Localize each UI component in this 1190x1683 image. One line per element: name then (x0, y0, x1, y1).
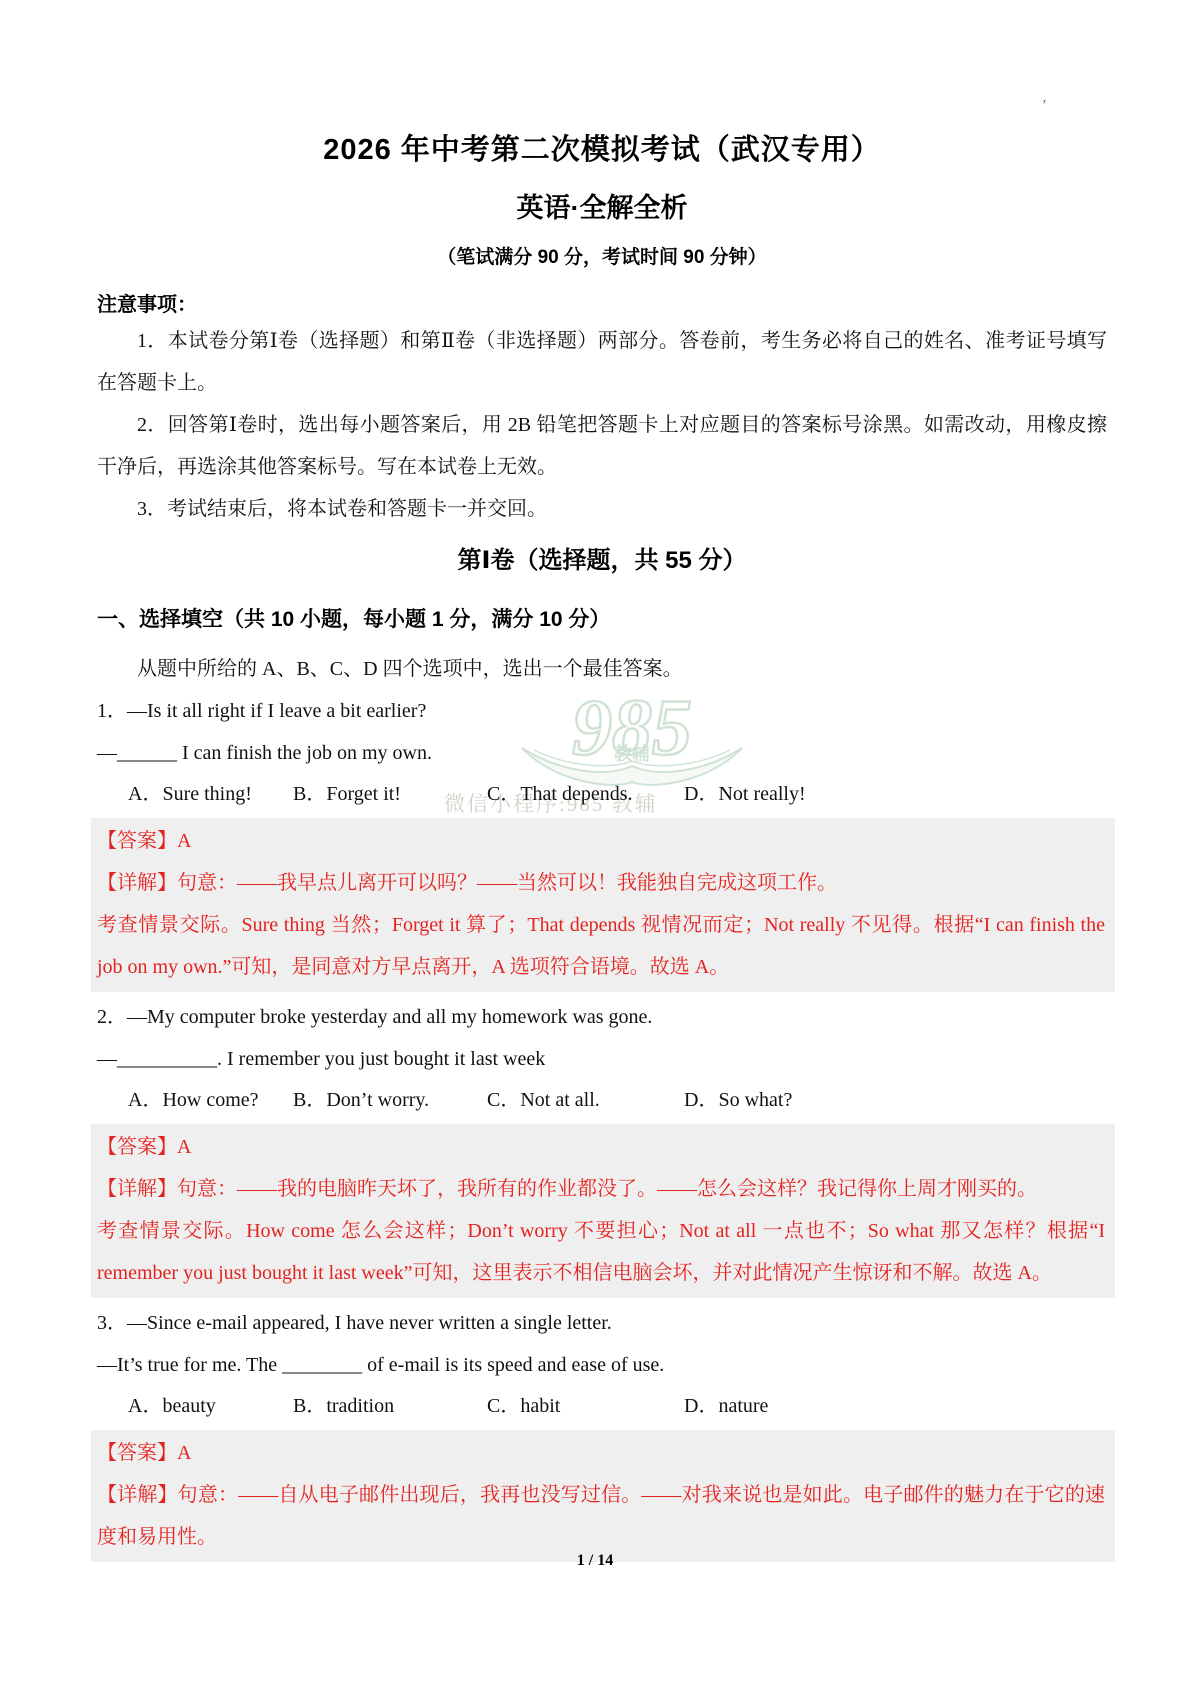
exam-page: 985 教辅 微信小程序:985 教辅 ’ 2026 年中考第二次模拟考试（武汉… (0, 0, 1190, 1683)
exam-subtitle: 英语·全解全析 (97, 192, 1107, 224)
part-1-heading: 一、选择填空（共 10 小题，每小题 1 分，满分 10 分） (97, 604, 1107, 636)
notice-item-1: 1．本试卷分第Ⅰ卷（选择题）和第Ⅱ卷（非选择题）两部分。答卷前，考生务必将自己的… (97, 320, 1107, 404)
option-c: C．habit (487, 1386, 684, 1426)
option-d: D．So what? (684, 1080, 1107, 1120)
page-number: 1 / 14 (0, 1552, 1190, 1570)
explanation-paragraph: 考查情景交际。Sure thing 当然；Forget it 算了；That d… (97, 904, 1105, 988)
question-1: 1．—Is it all right if I leave a bit earl… (97, 690, 1107, 992)
question-1-stem-line-2: —______ I can finish the job on my own. (97, 732, 1107, 774)
answer-label: 【答案】A (97, 1126, 1105, 1168)
question-2-answer-block: 【答案】A 【详解】句意：——我的电脑昨天坏了，我所有的作业都没了。——怎么会这… (91, 1124, 1115, 1298)
question-2-stem-line-1: 2．—My computer broke yesterday and all m… (97, 996, 1107, 1038)
part-1-instruction: 从题中所给的 A、B、C、D 四个选项中，选出一个最佳答案。 (97, 648, 1107, 690)
question-3: 3．—Since e-mail appeared, I have never w… (97, 1302, 1107, 1562)
answer-label: 【答案】A (97, 1432, 1105, 1474)
question-2-stem-line-2: —__________. I remember you just bought … (97, 1038, 1107, 1080)
option-c: C．That depends. (487, 774, 684, 814)
option-d: D．nature (684, 1386, 1107, 1426)
question-1-options: A．Sure thing! B．Forget it! C．That depend… (97, 774, 1107, 814)
notice-item-3: 3．考试结束后，将本试卷和答题卡一并交回。 (97, 488, 1107, 530)
explanation-paragraph: 【详解】句意：——自从电子邮件出现后，我再也没写过信。——对我来说也是如此。电子… (97, 1474, 1105, 1558)
question-2: 2．—My computer broke yesterday and all m… (97, 996, 1107, 1298)
option-a: A．beauty (128, 1386, 293, 1426)
question-3-answer-block: 【答案】A 【详解】句意：——自从电子邮件出现后，我再也没写过信。——对我来说也… (91, 1430, 1115, 1562)
question-3-options: A．beauty B．tradition C．habit D．nature (97, 1386, 1107, 1426)
question-1-answer-block: 【答案】A 【详解】句意：——我早点儿离开可以吗？——当然可以！我能独自完成这项… (91, 818, 1115, 992)
option-c: C．Not at all. (487, 1080, 684, 1120)
exam-info: （笔试满分 90 分，考试时间 90 分钟） (97, 246, 1107, 270)
notice-item-2: 2．回答第Ⅰ卷时，选出每小题答案后，用 2B 铅笔把答题卡上对应题目的答案标号涂… (97, 404, 1107, 488)
question-1-stem-line-1: 1．—Is it all right if I leave a bit earl… (97, 690, 1107, 732)
option-b: B．tradition (293, 1386, 487, 1426)
answer-label: 【答案】A (97, 820, 1105, 862)
page-title: 2026 年中考第二次模拟考试（武汉专用） (97, 0, 1107, 168)
question-2-options: A．How come? B．Don’t worry. C．Not at all.… (97, 1080, 1107, 1120)
explanation-paragraph: 【详解】句意：——我早点儿离开可以吗？——当然可以！我能独自完成这项工作。 (97, 862, 1105, 904)
option-b: B．Forget it! (293, 774, 487, 814)
option-b: B．Don’t worry. (293, 1080, 487, 1120)
option-d: D．Not really! (684, 774, 1107, 814)
explanation-paragraph: 【详解】句意：——我的电脑昨天坏了，我所有的作业都没了。——怎么会这样？我记得你… (97, 1168, 1105, 1210)
explanation-paragraph: 考查情景交际。How come 怎么会这样；Don’t worry 不要担心；N… (97, 1210, 1105, 1294)
notice-heading: 注意事项： (97, 290, 1107, 320)
question-3-stem-line-1: 3．—Since e-mail appeared, I have never w… (97, 1302, 1107, 1344)
section-1-title: 第Ⅰ卷（选择题，共 55 分） (97, 542, 1107, 580)
option-a: A．Sure thing! (128, 774, 293, 814)
option-a: A．How come? (128, 1080, 293, 1120)
question-3-stem-line-2: —It’s true for me. The ________ of e-mai… (97, 1344, 1107, 1386)
